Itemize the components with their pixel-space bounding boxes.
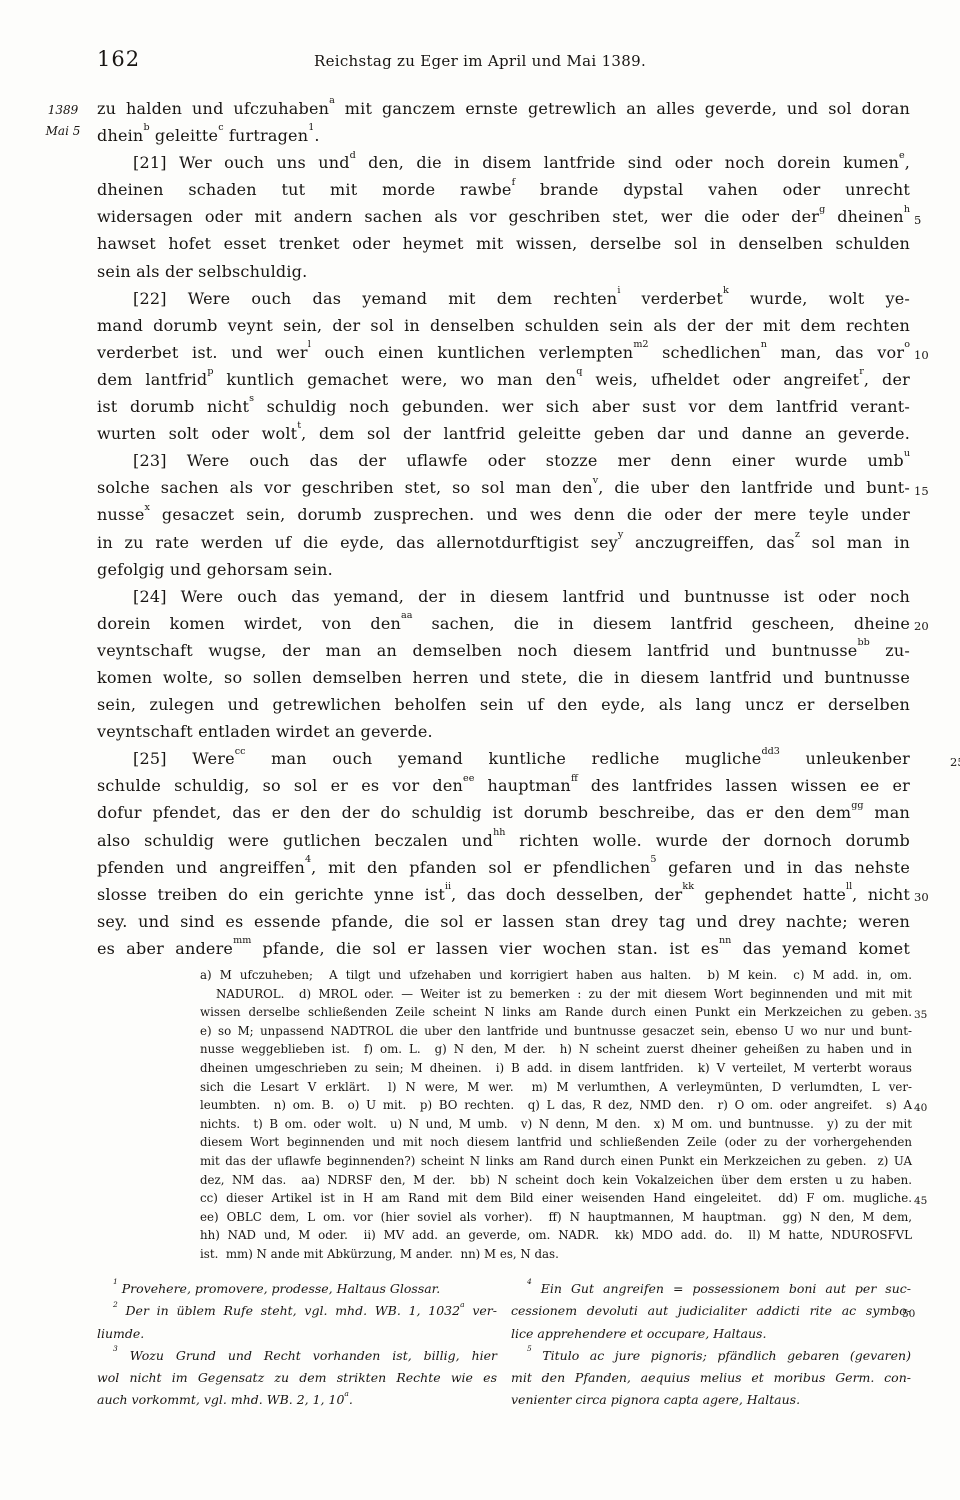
footnote-marker: aa (401, 610, 412, 621)
footnote-marker: m2 (633, 339, 648, 350)
line-number: 45 (914, 1192, 950, 1211)
footnote-marker: h (904, 204, 910, 215)
footnote-marker: z (795, 529, 800, 540)
footnote-marker: g (819, 204, 825, 215)
text-line: zu halden und ufczuhabena mit ganczem er… (97, 95, 910, 122)
text-line: sein als der selbschuldig. (97, 258, 910, 285)
text-line: es aber anderemm pfande, die sol er lass… (97, 935, 910, 962)
footnote-marker: e (899, 150, 905, 161)
text-line: mand dorumb veynt sein, der sol in dense… (97, 312, 910, 339)
text-line: sich die Lesart V erklärt. l) N were, M … (200, 1078, 912, 1097)
text-line: dez, NM das. aa) NDRSF den, M der. bb) N… (200, 1171, 912, 1190)
footnote-marker: o (904, 339, 910, 350)
running-title: Reichstag zu Eger im April und Mai 1389. (0, 52, 960, 70)
line-number: 40 (914, 1099, 950, 1118)
line-number: 35 (914, 1006, 950, 1025)
footnote-marker: b (143, 122, 149, 133)
footnote-marker: ee (463, 773, 474, 784)
text-line: diesem Wort beginnenden und mit noch die… (200, 1133, 912, 1152)
text-line: mit das der uflawfe beginnenden?) schein… (200, 1152, 912, 1171)
footnote-marker: v (593, 475, 598, 486)
text-line: slosse treiben do ein gerichte ynne isti… (97, 881, 910, 908)
book-page: 162 Reichstag zu Eger im April und Mai 1… (0, 0, 960, 1500)
footnote-marker: 1 (113, 1277, 118, 1286)
text-line: dheinb geleittec furtragen1. (97, 122, 910, 149)
text-line: lice apprehendere et occupare, Haltaus. (511, 1323, 911, 1345)
text-line: cc) dieser Artikel ist in H am Rand mit … (200, 1189, 912, 1208)
footnote-marker: y (618, 529, 623, 540)
text-line: venienter circa pignora capta agere, Hal… (511, 1389, 911, 1411)
text-line: widersagen oder mit andern sachen als vo… (97, 203, 910, 230)
footnote-column-right: 4 Ein Gut angreifen = possessionem boni … (511, 1278, 911, 1412)
footnote-marker: k (723, 285, 729, 296)
footnotes-section: 1 Provehere, promovere, prodesse, Haltau… (97, 1278, 911, 1412)
text-line: nichts. t) B om. oder wolt. u) N und, M … (200, 1115, 912, 1134)
text-line: veyntschaft wugse, der man an demselben … (97, 637, 910, 664)
footnote-marker: 4 (305, 854, 311, 865)
margin-date-note: 1389 Mai 5 (30, 100, 96, 142)
footnote-marker: ll (846, 881, 852, 892)
text-line: gefolgig und gehorsam sein. (97, 556, 910, 583)
footnote-marker: 1 (308, 122, 314, 133)
footnote-marker: i (617, 285, 620, 296)
text-line: 5 Titulo ac jure pignoris; pfändlich geb… (511, 1345, 911, 1367)
text-line: komen wolte, so sollen demselben herren … (97, 664, 910, 691)
text-line: [21] Wer ouch uns undd den, die in disem… (97, 149, 910, 176)
text-line: [24] Were ouch das yemand, der in diesem… (97, 583, 910, 610)
text-line: also schuldig were gutlichen beczalen un… (97, 827, 910, 854)
line-number: 5 (914, 207, 950, 234)
footnote-marker: nn (719, 935, 731, 946)
footnote-marker: a (460, 1300, 464, 1309)
footnote-marker: 3 (113, 1344, 118, 1353)
text-line: [25] Werecc man ouch yemand kuntliche re… (97, 745, 910, 772)
text-line: dem lantfridp kuntlich gemachet were, wo… (97, 366, 910, 393)
text-line: sey. und sind es essende pfande, die sol… (97, 908, 910, 935)
footnote-marker: a (344, 1389, 348, 1398)
footnote-marker: mm (233, 935, 251, 946)
text-line: nusse weggeblieben ist. f) om. L. g) N d… (200, 1040, 912, 1059)
footnote-marker: d (350, 150, 356, 161)
footnote-marker: l (308, 339, 311, 350)
text-line: cessionem devoluti aut judicialiter addi… (511, 1300, 911, 1322)
main-text: zu halden und ufczuhabena mit ganczem er… (97, 95, 910, 962)
text-line: [22] Were ouch das yemand mit dem rechte… (97, 285, 910, 312)
critical-apparatus: a) M ufczuheben; A tilgt und ufzehaben u… (200, 966, 912, 1264)
text-line: wissen derselbe schließenden Zeile schei… (200, 1003, 912, 1022)
footnote-marker: dd3 (761, 746, 779, 757)
line-number: 15 (914, 478, 950, 505)
text-line: dheinen schaden tut mit morde rawbef bra… (97, 176, 910, 203)
footnote-marker: s (249, 393, 254, 404)
text-line: e) so M; unpassend NADTROL die uber den … (200, 1022, 912, 1041)
footnote-marker: 5 (650, 854, 656, 865)
text-line: mit den Pfanden, aequius melius et morib… (511, 1367, 911, 1389)
footnote-marker: r (859, 366, 864, 377)
text-line: in zu rate werden uf die eyde, das aller… (97, 529, 910, 556)
footnote-marker: a (329, 95, 335, 106)
footnote-marker: hh (493, 827, 505, 838)
text-line: dorein komen wirdet, von denaa sachen, d… (97, 610, 910, 637)
text-line: verderbet ist. und werl ouch einen kuntl… (97, 339, 910, 366)
margin-date-year: 1389 (30, 100, 96, 121)
footnote-marker: ff (571, 773, 578, 784)
footnote-marker: 5 (527, 1344, 532, 1353)
text-line: schulde schuldig, so sol er es vor denee… (97, 772, 910, 799)
line-number: 10 (914, 342, 950, 369)
text-line: pfenden und angreiffen4, mit den pfanden… (97, 854, 910, 881)
text-line: liumde. (97, 1323, 497, 1345)
footnote-marker: f (512, 177, 516, 188)
text-line: 3 Wozu Grund und Recht vorhanden ist, bi… (97, 1345, 497, 1367)
footnote-marker: 4 (527, 1277, 532, 1286)
text-line: 2 Der in üblem Rufe steht, vgl. mhd. WB.… (97, 1300, 497, 1322)
text-line: hawset hofet esset trenket oder heymet m… (97, 230, 910, 257)
text-line: ee) OBLC dem, L om. vor (hier soviel als… (200, 1208, 912, 1227)
line-number: 20 (914, 613, 950, 640)
footnote-marker: p (207, 366, 213, 377)
text-line: 4 Ein Gut angreifen = possessionem boni … (511, 1278, 911, 1300)
text-line: a) M ufczuheben; A tilgt und ufzehaben u… (200, 966, 912, 985)
footnote-marker: t (297, 420, 301, 431)
footnote-marker: kk (682, 881, 694, 892)
footnote-marker: x (145, 502, 150, 513)
text-line: ist. mm) N ande mit Abkürzung, M ander. … (200, 1245, 912, 1264)
footnote-marker: bb (857, 637, 869, 648)
footnote-marker: c (218, 122, 223, 133)
footnote-marker: cc (235, 746, 246, 757)
margin-date-day: Mai 5 (30, 121, 96, 142)
text-line: leumbten. n) om. B. o) U mit. p) BO rech… (200, 1096, 912, 1115)
text-line: hh) NAD und, M oder. ii) MV add. an geve… (200, 1226, 912, 1245)
line-number: 25 (914, 749, 950, 776)
text-line: dofur pfendet, das er den der do schuldi… (97, 799, 910, 826)
text-line: dheinen umgeschrieben zu sein; M dheinen… (200, 1059, 912, 1078)
line-number: 30 (914, 884, 950, 911)
footnote-marker: n (761, 339, 767, 350)
text-line: auch vorkommt, vgl. mhd. WB. 2, 1, 10a. (97, 1389, 497, 1411)
text-line: NADUROL. d) MROL oder. — Weiter ist zu b… (200, 985, 912, 1004)
footnote-marker: u (904, 448, 910, 459)
footnote-marker: gg (851, 800, 863, 811)
text-line: nussex gesaczet sein, dorumb zusprechen.… (97, 501, 910, 528)
text-line: sein, zulegen und getrewlichen beholfen … (97, 691, 910, 718)
footnote-marker: q (576, 366, 582, 377)
footnote-marker: 2 (113, 1300, 118, 1309)
text-line: solche sachen als vor geschriben stet, s… (97, 474, 910, 501)
text-line: wol nicht im Gegensatz zu dem strikten R… (97, 1367, 497, 1389)
text-line: 1 Provehere, promovere, prodesse, Haltau… (97, 1278, 497, 1300)
text-line: [23] Were ouch das der uflawfe oder stoz… (97, 447, 910, 474)
footnote-marker: ii (445, 881, 451, 892)
footnote-column-left: 1 Provehere, promovere, prodesse, Haltau… (97, 1278, 497, 1412)
text-line: veyntschaft entladen wirdet an geverde. (97, 718, 910, 745)
text-line: wurten solt oder woltt, dem sol der lant… (97, 420, 910, 447)
text-line: ist dorumb nichts schuldig noch gebunden… (97, 393, 910, 420)
